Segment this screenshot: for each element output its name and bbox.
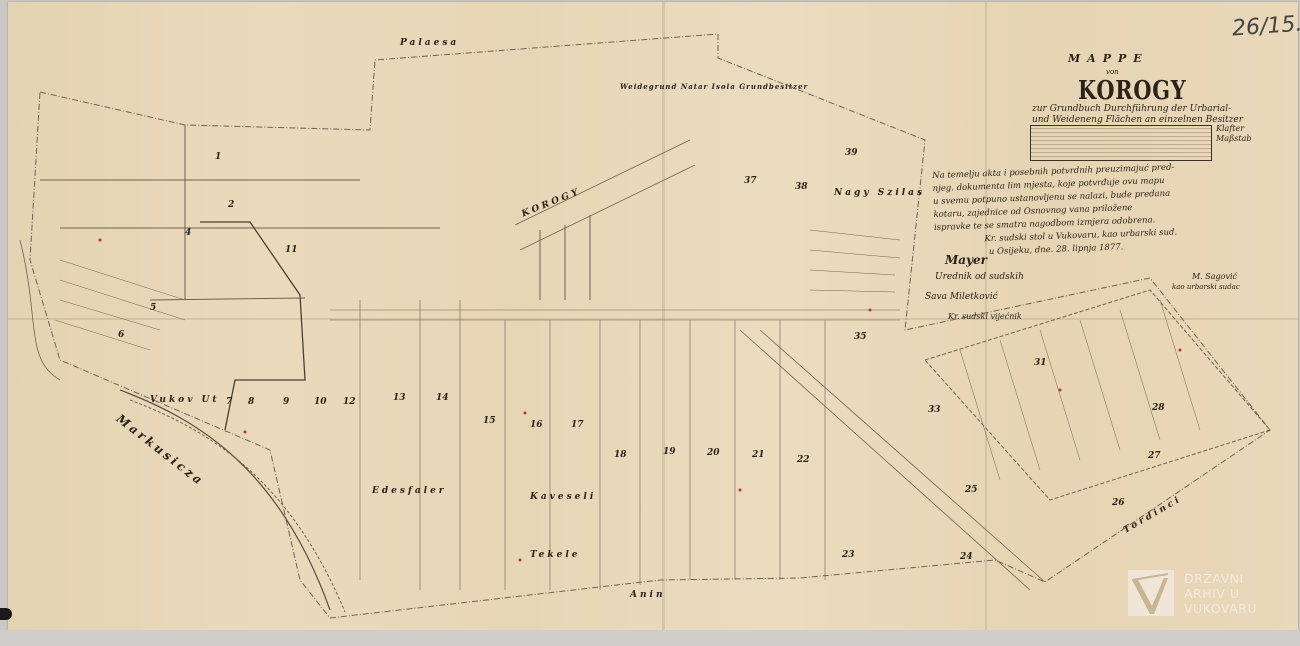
parcel-number: 15 <box>483 416 496 426</box>
parcel-number: 14 <box>436 393 449 403</box>
parcel-number: 37 <box>744 176 757 186</box>
parcel-number: 18 <box>614 450 627 460</box>
parcel-number: 33 <box>928 405 941 415</box>
place-label: Vukov Ut <box>150 395 220 405</box>
parcel-number: 9 <box>283 397 289 407</box>
title-von: von <box>1106 68 1119 76</box>
scale-label-line: Maßstab <box>1216 134 1252 144</box>
scan-background <box>0 630 1300 646</box>
place-label: Anin <box>630 590 666 600</box>
croatian-certification-note: Na temelju akta i posebnih potvrdnih pre… <box>932 162 1178 261</box>
scale-label-line: Klafter <box>1216 124 1252 134</box>
parcel-number: 38 <box>795 182 808 192</box>
parcel-number: 5 <box>150 303 156 313</box>
parcel-number: 39 <box>845 148 858 158</box>
scan-clip-marker <box>0 608 12 620</box>
parcel-number: 21 <box>752 450 765 460</box>
parcel-number: 26 <box>1112 498 1125 508</box>
signature: kao urbarski sudac <box>1172 283 1240 291</box>
parcel-number: 22 <box>797 455 810 465</box>
signature: Urednik od sudskih <box>935 272 1024 282</box>
parcel-number: 28 <box>1152 403 1165 413</box>
place-label: Kaveseli <box>530 492 596 502</box>
signature: M. Sagović <box>1192 272 1237 281</box>
scale-label: Klafter Maßstab <box>1216 124 1252 144</box>
title-mappe: MAPPE <box>1068 52 1149 65</box>
parcel-number: 6 <box>118 330 124 340</box>
parcel-number: 19 <box>663 447 676 457</box>
parcel-number: 17 <box>571 420 584 430</box>
map-subtitle: zur Grundbuch Durchführung der Urbarial-… <box>1032 104 1243 126</box>
archive-name-line: ARHIV U <box>1184 586 1257 601</box>
signature: Mayer <box>945 253 987 267</box>
parcel-number: 7 <box>226 397 232 407</box>
archive-name: DRŽAVNI ARHIV U VUKOVARU <box>1184 571 1257 616</box>
parcel-number: 8 <box>248 397 254 407</box>
archive-watermark: DRŽAVNI ARHIV U VUKOVARU <box>1128 570 1257 616</box>
parcel-number: 12 <box>343 397 356 407</box>
parcel-number: 11 <box>285 245 298 255</box>
place-label: Weidegrund Natar Isola Grundbesitzer <box>620 82 808 91</box>
parcel-number: 25 <box>965 485 978 495</box>
archive-number: 26/15. <box>1231 12 1300 42</box>
parcel-number: 2 <box>228 200 234 210</box>
archive-logo-icon <box>1128 570 1174 616</box>
parcel-number: 31 <box>1034 358 1047 368</box>
parcel-number: 13 <box>393 393 406 403</box>
archive-name-line: DRŽAVNI <box>1184 571 1257 586</box>
place-label: Palaesa <box>400 38 459 48</box>
parcel-number: 4 <box>185 228 191 238</box>
parcel-number: 24 <box>960 552 973 562</box>
parcel-number: 27 <box>1148 451 1161 461</box>
signature: Sava Miletković <box>925 292 998 302</box>
parcel-number: 20 <box>707 448 720 458</box>
parcel-number: 10 <box>314 397 327 407</box>
parcel-number: 1 <box>215 152 221 162</box>
parcel-number: 23 <box>842 550 855 560</box>
place-label: Tekele <box>530 550 581 560</box>
map-title: KOROGY <box>1078 76 1186 106</box>
archive-name-line: VUKOVARU <box>1184 601 1257 616</box>
scale-bar <box>1030 125 1212 161</box>
subtitle-line: zur Grundbuch Durchführung der Urbarial- <box>1032 104 1243 115</box>
signature: Kr. sudski vijećnik <box>948 312 1022 321</box>
place-label: Edesfaler <box>372 486 447 496</box>
parcel-number: 16 <box>530 420 543 430</box>
place-label: Nagy Szilas <box>834 188 925 198</box>
parcel-number: 35 <box>854 332 867 342</box>
